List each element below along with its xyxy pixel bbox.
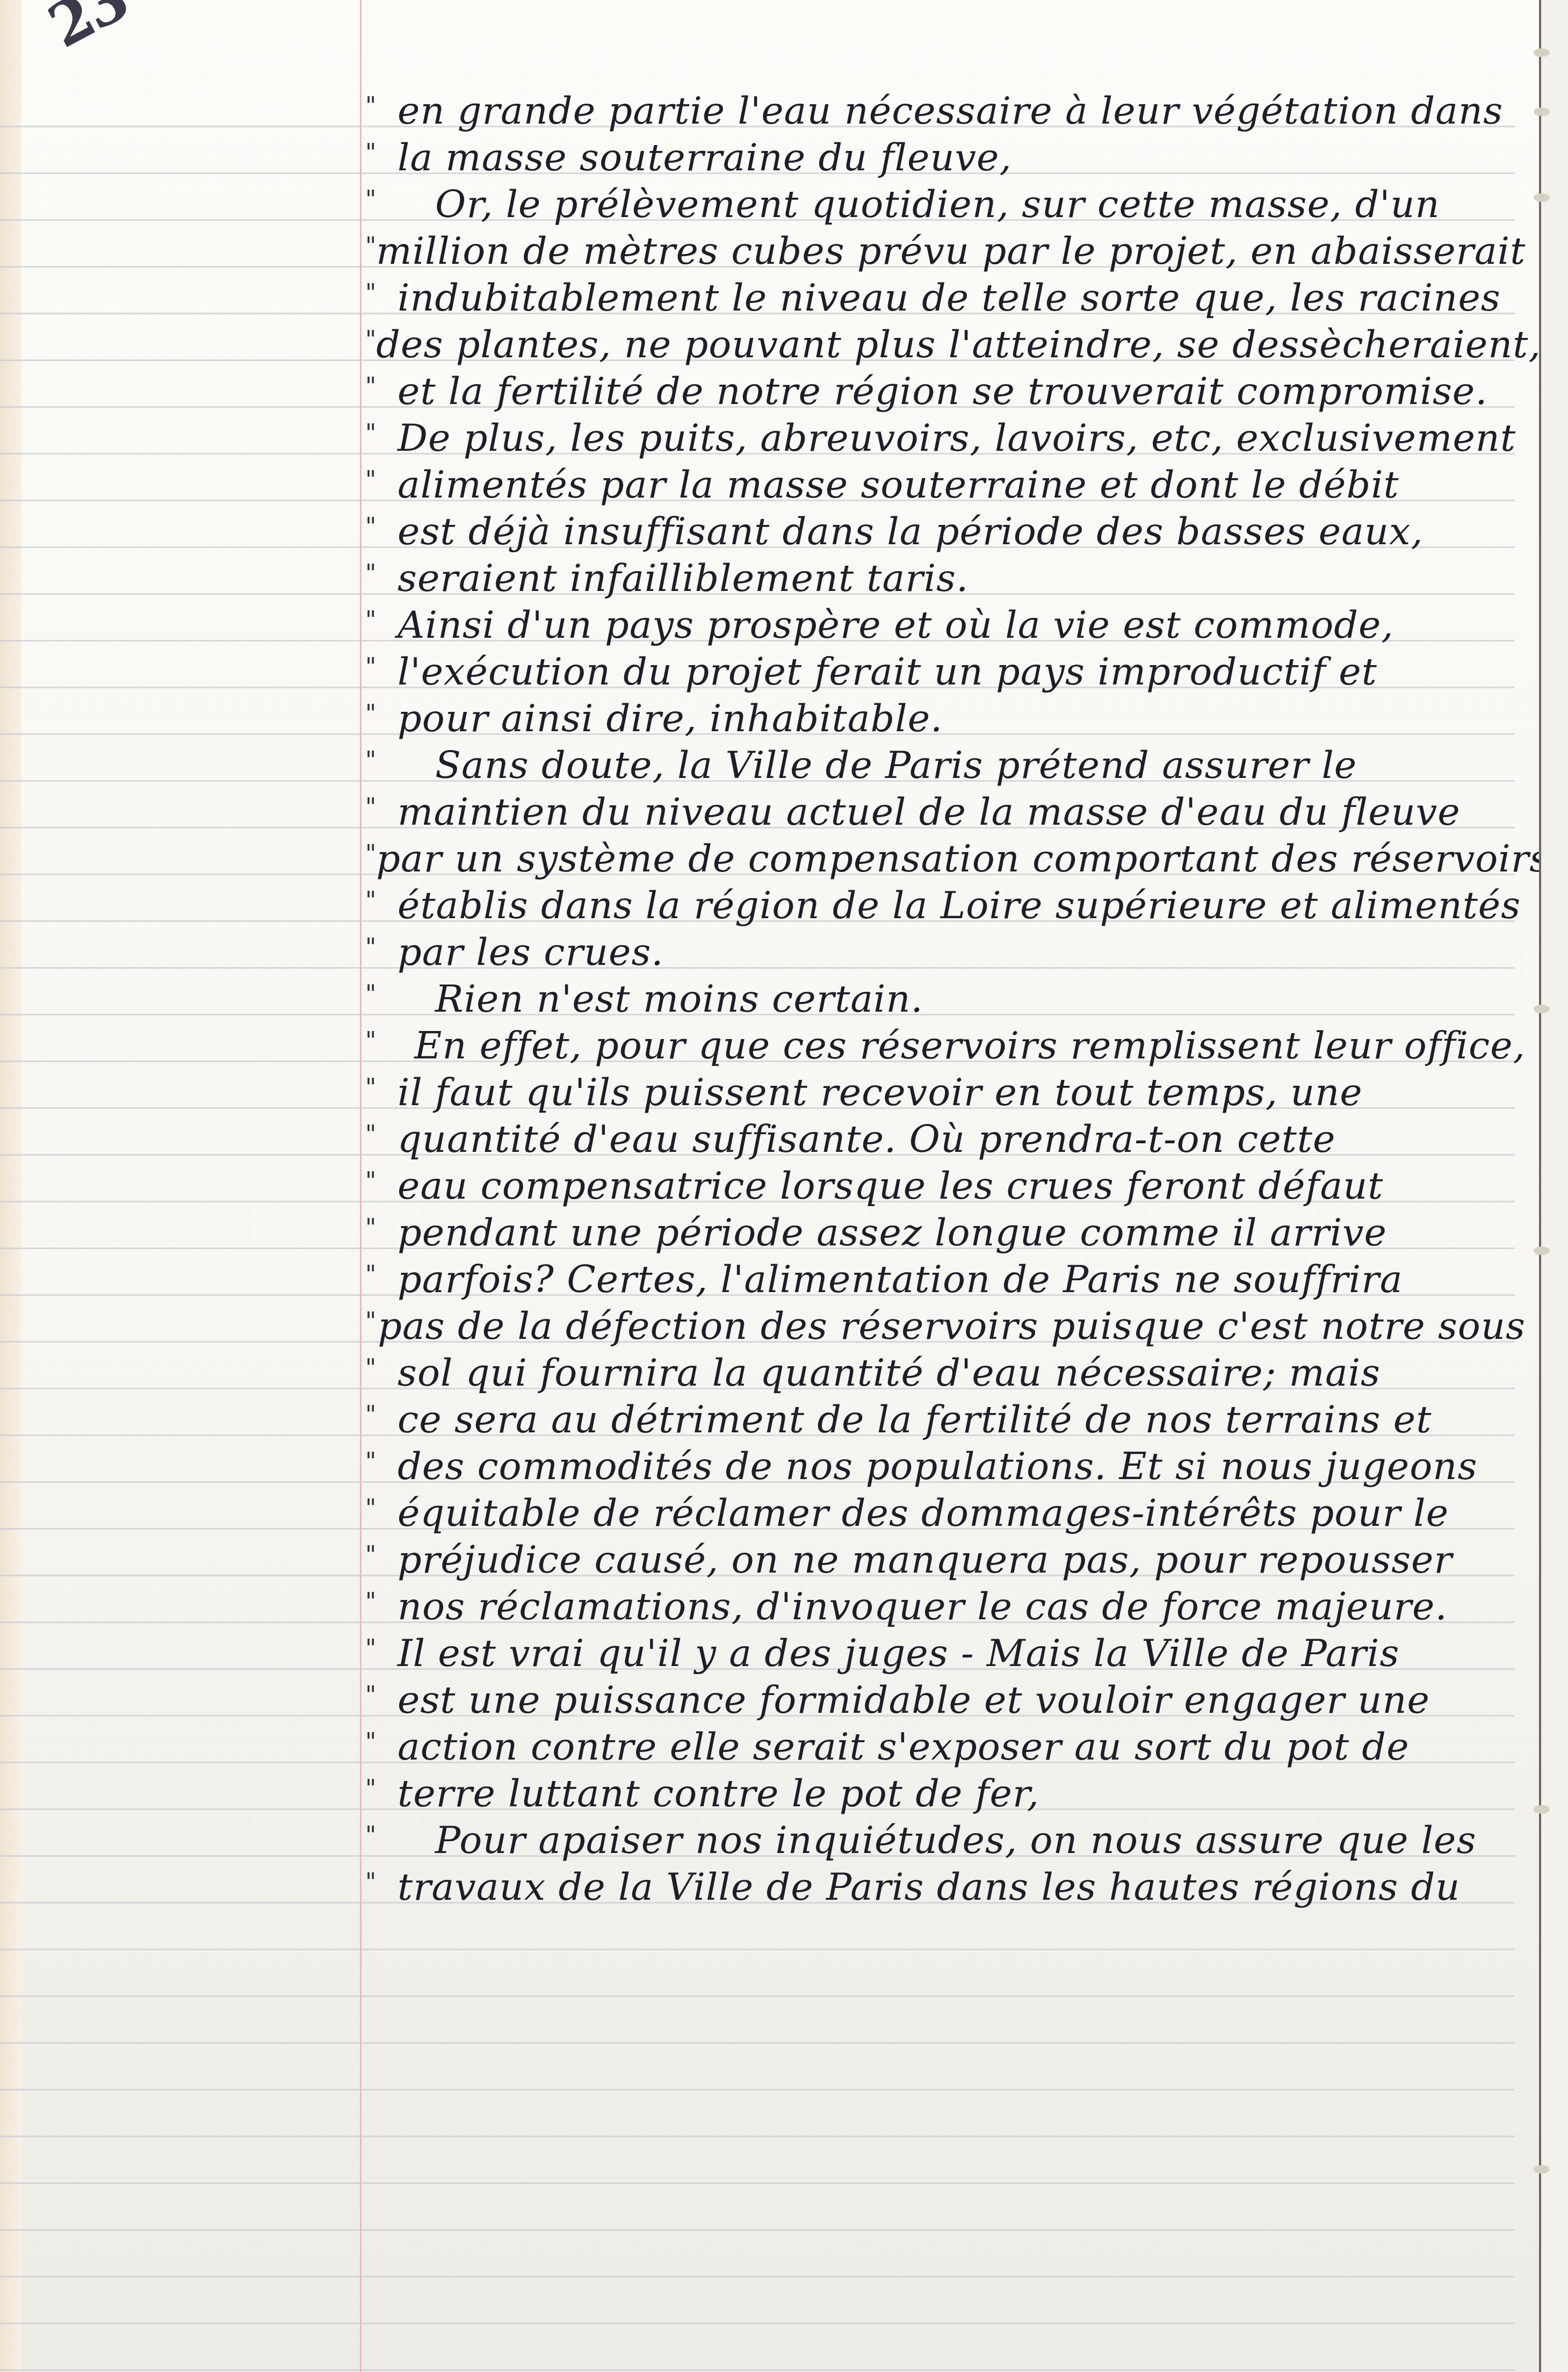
text-line: "Or, le prélèvement quotidien, sur cette…: [365, 185, 1526, 232]
line-text: préjudice causé, on ne manquera pas, pou…: [398, 1538, 1453, 1587]
line-text: par les crues.: [398, 930, 664, 979]
continuation-quote-mark: ": [365, 1354, 398, 1400]
text-line: "pour ainsi dire, inhabitable.: [365, 699, 1526, 746]
continuation-quote-mark: ": [365, 233, 376, 278]
text-line: "sol qui fournira la quantité d'eau néce…: [365, 1353, 1526, 1400]
line-text: maintien du niveau actuel de la masse d'…: [398, 790, 1461, 839]
page-number: 23: [38, 0, 137, 61]
text-line: "l'exécution du projet ferait un pays im…: [365, 652, 1526, 699]
continuation-quote-mark: ": [365, 1728, 398, 1774]
binding-stitch: [1534, 1805, 1550, 1814]
line-text: sol qui fournira la quantité d'eau néces…: [398, 1351, 1381, 1400]
text-line: "nos réclamations, d'invoquer le cas de …: [365, 1587, 1526, 1634]
text-line: "Il est vrai qu'il y a des juges - Mais …: [365, 1634, 1526, 1681]
line-text: travaux de la Ville de Paris dans les ha…: [398, 1865, 1460, 1914]
continuation-quote-mark: ": [365, 186, 398, 232]
continuation-quote-mark: ": [365, 466, 398, 512]
text-line: "De plus, les puits, abreuvoirs, lavoirs…: [365, 419, 1526, 465]
line-text: l'exécution du projet ferait un pays imp…: [398, 650, 1377, 699]
continuation-quote-mark: ": [365, 373, 398, 419]
line-text: quantité d'eau suffisante. Où prendra-t-…: [398, 1117, 1335, 1166]
line-text: En effet, pour que ces réservoirs rempli…: [377, 1023, 1526, 1073]
line-text: eau compensatrice lorsque les crues fero…: [398, 1164, 1383, 1213]
binding-stitch: [1534, 2165, 1550, 2174]
line-text: établis dans la région de la Loire supér…: [398, 883, 1521, 933]
line-text: action contre elle serait s'exposer au s…: [398, 1725, 1410, 1774]
continuation-quote-mark: ": [365, 420, 398, 465]
line-text: Sans doute, la Ville de Paris prétend as…: [398, 743, 1357, 792]
line-text: indubitablement le niveau de telle sorte…: [398, 276, 1501, 325]
binding-stitch: [1534, 48, 1550, 57]
margin-rule: [360, 0, 362, 2372]
text-line: "préjudice causé, on ne manquera pas, po…: [365, 1540, 1526, 1587]
text-line: "par un système de compensation comporta…: [365, 839, 1526, 886]
continuation-quote-mark: ": [365, 840, 376, 886]
text-line: "est une puissance formidable et vouloir…: [365, 1681, 1526, 1727]
continuation-quote-mark: ": [365, 1822, 398, 1868]
continuation-quote-mark: ": [365, 700, 398, 746]
continuation-quote-mark: ": [365, 1448, 398, 1494]
binding-stitch: [1534, 1005, 1550, 1013]
continuation-quote-mark: ": [365, 1682, 398, 1727]
text-line: "équitable de réclamer des dommages-inté…: [365, 1494, 1526, 1540]
continuation-quote-mark: ": [365, 1635, 398, 1681]
text-line: "Ainsi d'un pays prospère et où la vie e…: [365, 605, 1526, 652]
text-line: "seraient infailliblement taris.: [365, 559, 1526, 605]
line-text: des plantes, ne pouvant plus l'atteindre…: [376, 322, 1541, 372]
continuation-quote-mark: ": [365, 1261, 398, 1307]
line-text: pour ainsi dire, inhabitable.: [398, 696, 943, 746]
text-line: "des plantes, ne pouvant plus l'atteindr…: [365, 325, 1526, 372]
text-line: "eau compensatrice lorsque les crues fer…: [365, 1166, 1526, 1213]
line-text: Rien n'est moins certain.: [398, 977, 923, 1026]
continuation-quote-mark: ": [365, 1588, 398, 1634]
text-line: "parfois? Certes, l'alimentation de Pari…: [365, 1260, 1526, 1307]
text-line: "par les crues.: [365, 933, 1526, 979]
line-text: nos réclamations, d'invoquer le cas de f…: [398, 1584, 1448, 1634]
continuation-quote-mark: ": [365, 1775, 398, 1821]
line-text: Il est vrai qu'il y a des juges - Mais l…: [398, 1631, 1399, 1681]
text-line: "indubitablement le niveau de telle sort…: [365, 278, 1526, 325]
line-text: pendant une période assez longue comme i…: [398, 1210, 1387, 1260]
handwritten-text-body: "en grande partie l'eau nécessaire à leu…: [365, 91, 1526, 1914]
line-text: alimentés par la masse souterraine et do…: [398, 463, 1399, 512]
binding-edge-right: [1539, 0, 1568, 2372]
line-text: et la fertilité de notre région se trouv…: [398, 369, 1487, 419]
line-text: en grande partie l'eau nécessaire à leur…: [398, 89, 1503, 138]
text-line: "il faut qu'ils puissent recevoir en tou…: [365, 1073, 1526, 1120]
continuation-quote-mark: ": [365, 1495, 398, 1540]
continuation-quote-mark: ": [365, 1167, 398, 1213]
continuation-quote-mark: ": [365, 1121, 398, 1166]
line-text: parfois? Certes, l'alimentation de Paris…: [398, 1257, 1403, 1307]
line-text: équitable de réclamer des dommages-intér…: [398, 1491, 1449, 1540]
text-line: "quantité d'eau suffisante. Où prendra-t…: [365, 1120, 1526, 1166]
binding-stitch: [1534, 107, 1550, 116]
line-text: ce sera au détriment de la fertilité de …: [398, 1397, 1432, 1447]
text-line: "Pour apaiser nos inquiétudes, on nous a…: [365, 1821, 1526, 1868]
line-text: est déjà insuffisant dans la période des…: [398, 509, 1424, 559]
line-text: Ainsi d'un pays prospère et où la vie es…: [398, 603, 1394, 652]
line-text: Or, le prélèvement quotidien, sur cette …: [398, 182, 1440, 232]
text-line: "pendant une période assez longue comme …: [365, 1213, 1526, 1260]
text-line: "terre luttant contre le pot de fer,: [365, 1774, 1526, 1821]
continuation-quote-mark: ": [365, 513, 398, 559]
continuation-quote-mark: ": [365, 1308, 378, 1353]
text-line: "travaux de la Ville de Paris dans les h…: [365, 1868, 1526, 1914]
continuation-quote-mark: ": [365, 980, 398, 1026]
continuation-quote-mark: ": [365, 1027, 377, 1073]
continuation-quote-mark: ": [365, 1214, 398, 1260]
continuation-quote-mark: ": [365, 934, 398, 979]
text-line: "million de mètres cubes prévu par le pr…: [365, 232, 1526, 278]
continuation-quote-mark: ": [365, 887, 398, 933]
continuation-quote-mark: ": [365, 279, 398, 325]
text-line: "En effet, pour que ces réservoirs rempl…: [365, 1026, 1526, 1073]
line-text: il faut qu'ils puissent recevoir en tout…: [398, 1070, 1363, 1120]
text-line: "et la fertilité de notre région se trou…: [365, 372, 1526, 419]
binding-stitch: [1534, 1246, 1550, 1255]
continuation-quote-mark: ": [365, 1074, 398, 1120]
text-line: "la masse souterraine du fleuve,: [365, 138, 1526, 185]
line-text: est une puissance formidable et vouloir …: [398, 1678, 1430, 1727]
line-text: pas de la défection des réservoirs puisq…: [378, 1304, 1526, 1353]
line-text: par un système de compensation comportan…: [376, 837, 1542, 886]
continuation-quote-mark: ": [365, 139, 398, 185]
continuation-quote-mark: ": [365, 607, 398, 652]
line-text: la masse souterraine du fleuve,: [398, 135, 1012, 185]
text-line: "en grande partie l'eau nécessaire à leu…: [365, 91, 1526, 138]
text-line: "alimentés par la masse souterraine et d…: [365, 465, 1526, 512]
continuation-quote-mark: ": [365, 560, 398, 605]
continuation-quote-mark: ": [365, 1401, 398, 1447]
continuation-quote-mark: ": [365, 1869, 398, 1914]
text-line: "est déjà insuffisant dans la période de…: [365, 512, 1526, 559]
line-text: seraient infailliblement taris.: [398, 556, 969, 605]
line-text: De plus, les puits, abreuvoirs, lavoirs,…: [398, 416, 1516, 465]
text-line: "des commodités de nos populations. Et s…: [365, 1447, 1526, 1494]
line-text: des commodités de nos populations. Et si…: [398, 1444, 1477, 1494]
continuation-quote-mark: ": [365, 92, 398, 138]
continuation-quote-mark: ": [365, 1541, 398, 1587]
continuation-quote-mark: ": [365, 326, 376, 372]
line-text: terre luttant contre le pot de fer,: [398, 1771, 1039, 1821]
text-line: "établis dans la région de la Loire supé…: [365, 886, 1526, 933]
binding-stitch: [1534, 193, 1550, 202]
continuation-quote-mark: ": [365, 747, 398, 792]
text-line: "ce sera au détriment de la fertilité de…: [365, 1400, 1526, 1447]
text-line: "Sans doute, la Ville de Paris prétend a…: [365, 746, 1526, 792]
line-text: Pour apaiser nos inquiétudes, on nous as…: [398, 1818, 1476, 1868]
text-line: "maintien du niveau actuel de la masse d…: [365, 792, 1526, 839]
continuation-quote-mark: ": [365, 794, 398, 839]
continuation-quote-mark: ": [365, 653, 398, 699]
text-line: "action contre elle serait s'exposer au …: [365, 1727, 1526, 1774]
line-text: million de mètres cubes prévu par le pro…: [376, 229, 1526, 278]
text-line: "Rien n'est moins certain.: [365, 979, 1526, 1026]
manuscript-page: 23 "en grande partie l'eau nécessaire à …: [0, 0, 1542, 2372]
text-line: "pas de la défection des réservoirs puis…: [365, 1307, 1526, 1353]
